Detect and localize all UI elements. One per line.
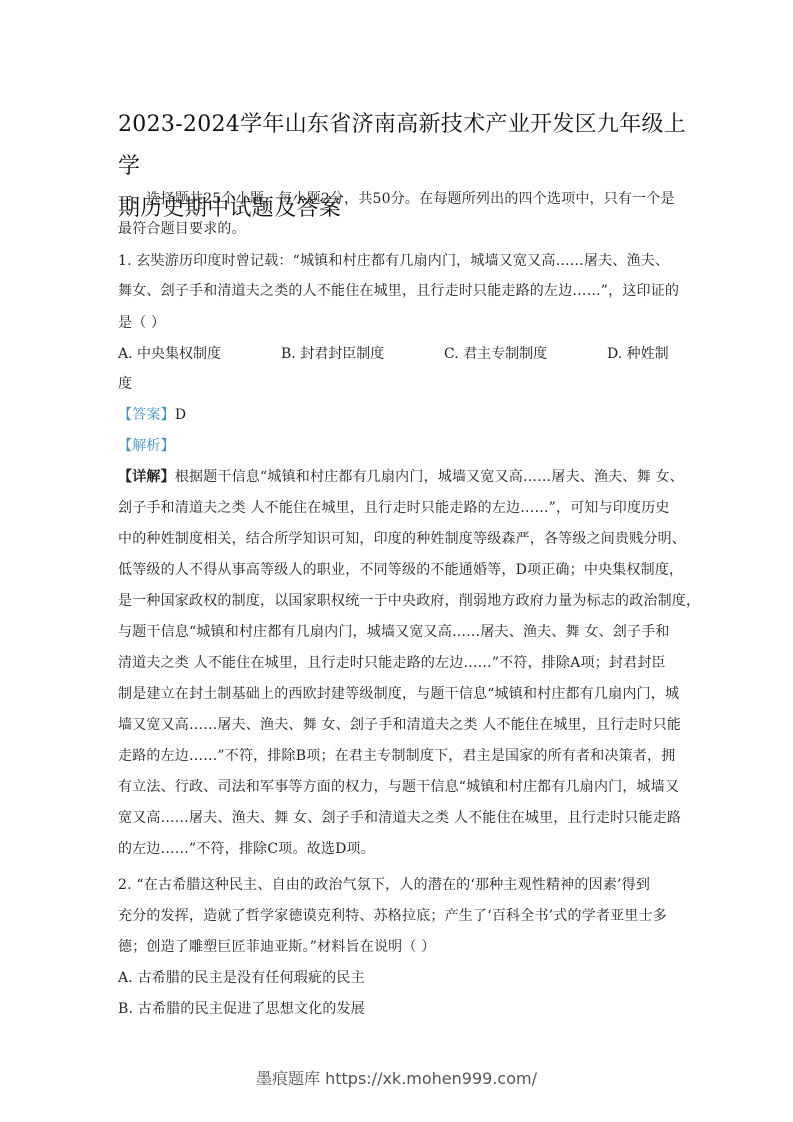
title-line-1: 2023-2024学年山东省济南高新技术产业开发区九年级上学 (118, 104, 688, 188)
q1-stem-line-3: 是（ ） (118, 312, 165, 332)
detail-label: 【详解】 (118, 469, 175, 485)
q1-detail-line-6: 与题干信息“城镇和村庄都有几扇内门，城墙又宽又高……屠夫、渔夫、舞 女、刽子手和 (118, 621, 670, 641)
q1-detail-line-12: 宽又高……屠夫、渔夫、舞 女、刽子手和清道夫之类 人不能住在城里，且行走时只能走… (118, 807, 681, 827)
q1-option-a: A. 中央集权制度 (118, 343, 281, 363)
q1-option-c: C. 君主专制制度 (444, 343, 607, 363)
q1-detail-line-5: 是一种国家政权的制度，以国家职权统一于中央政府，削弱地方政府力量为标志的政治制度… (118, 590, 700, 610)
q1-answer: 【答案】D (118, 404, 186, 424)
q1-stem-line-1: 1. 玄奘游历印度时曾记载：“城镇和村庄都有几扇内门，城墙又宽又高……屠夫、渔夫… (118, 250, 669, 270)
q2-stem-line-3: 德；创造了雕塑巨匠菲迪亚斯。”材料旨在说明（ ） (118, 936, 435, 956)
q2-stem-line-1: 2. “在古希腊这种民主、自由的政治气氛下，人的潜在的‘那种主观性精神的因素’得… (118, 874, 650, 894)
q1-option-d: D. 种姓制 (607, 343, 669, 363)
answer-value: D (175, 407, 186, 423)
document-title: 2023-2024学年山东省济南高新技术产业开发区九年级上学 期历史期中试题及答… (118, 104, 688, 230)
q1-options: A. 中央集权制度 B. 封君封臣制度 C. 君主专制制度 D. 种姓制 (118, 343, 693, 363)
q1-stem-line-2: 舞女、刽子手和清道夫之类的人不能住在城里，且行走时只能走路的左边……”，这印证的 (118, 280, 679, 300)
q1-detail-line-3: 中的种姓制度相关，结合所学知识可知，印度的种姓制度等级森严，各等级之间贵贱分明、 (118, 528, 686, 548)
q1-detail-line-4: 低等级的人不得从事高等级人的职业，不同等级的不能通婚等，D项正确；中央集权制度， (118, 559, 683, 579)
q2-option-b: B. 古希腊的民主促进了思想文化的发展 (118, 998, 365, 1018)
section-intro-line-2: 最符合题目要求的。 (118, 218, 246, 238)
q1-detail-line-8: 制是建立在封土制基础上的西欧封建等级制度，与题干信息“城镇和村庄都有几扇内门，城 (118, 683, 679, 703)
answer-label: 【答案】 (118, 407, 175, 423)
q1-detail-line-9: 墙又宽又高……屠夫、渔夫、舞 女、刽子手和清道夫之类 人不能住在城里，且行走时只… (118, 714, 681, 734)
footer-watermark: 墨痕题库 https://xk.mohen999.com/ (0, 1066, 793, 1089)
q1-detail-line-1: 【详解】根据题干信息“城镇和村庄都有几扇内门，城墙又宽又高……屠夫、渔夫、舞 女… (118, 466, 684, 486)
q1-option-b: B. 封君封臣制度 (281, 343, 444, 363)
q1-detail-line-13: 的左边……”不符，排除C项。故选D项。 (118, 838, 375, 858)
section-intro-line-1: 一、选择题共25个小题，每小题2分，共50分。在每题所列出的四个选项中，只有一个… (118, 188, 675, 208)
analysis-label: 【解析】 (118, 435, 175, 455)
q1-detail-line-2: 刽子手和清道夫之类 人不能住在城里，且行走时只能走路的左边……”，可知与印度历史 (118, 497, 670, 517)
q1-option-wrap: 度 (118, 373, 132, 393)
q2-option-a: A. 古希腊的民主是没有任何瑕疵的民主 (118, 967, 365, 987)
q2-stem-line-2: 充分的发挥，造就了哲学家德谟克利特、苏格拉底；产生了‘百科全书’式的学者亚里士多 (118, 905, 667, 925)
q1-detail-line-11: 有立法、行政、司法和军事等方面的权力，与题干信息“城镇和村庄都有几扇内门，城墙又 (118, 776, 679, 796)
q1-detail-line-10: 走路的左边……”不符，排除B项；在君主专制制度下，君主是国家的所有者和决策者，拥 (118, 745, 675, 765)
q1-detail-line-7: 清道夫之类 人不能住在城里，且行走时只能走路的左边……”不符，排除A项；封君封臣 (118, 652, 666, 672)
